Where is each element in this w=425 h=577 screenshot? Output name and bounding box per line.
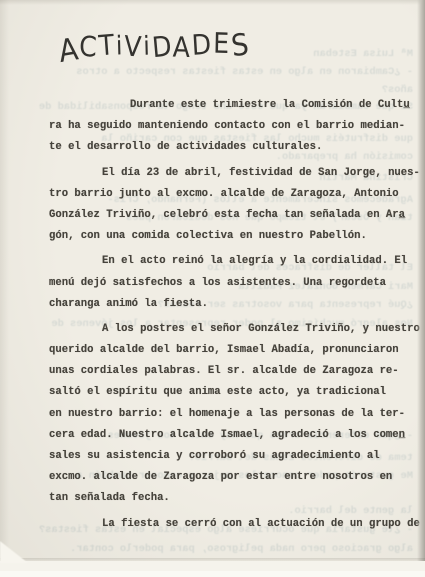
scan-vignette	[0, 0, 425, 577]
scanned-document-page: Mª Luisa Esteban - ¿Cambiaron en algo en…	[0, 0, 425, 577]
scan-edge-left	[0, 0, 9, 577]
scan-strip-white	[0, 571, 425, 577]
scan-edge-top	[0, 0, 425, 5]
corner-fold-bottom-left	[0, 541, 28, 563]
scan-edge-right	[417, 0, 425, 577]
